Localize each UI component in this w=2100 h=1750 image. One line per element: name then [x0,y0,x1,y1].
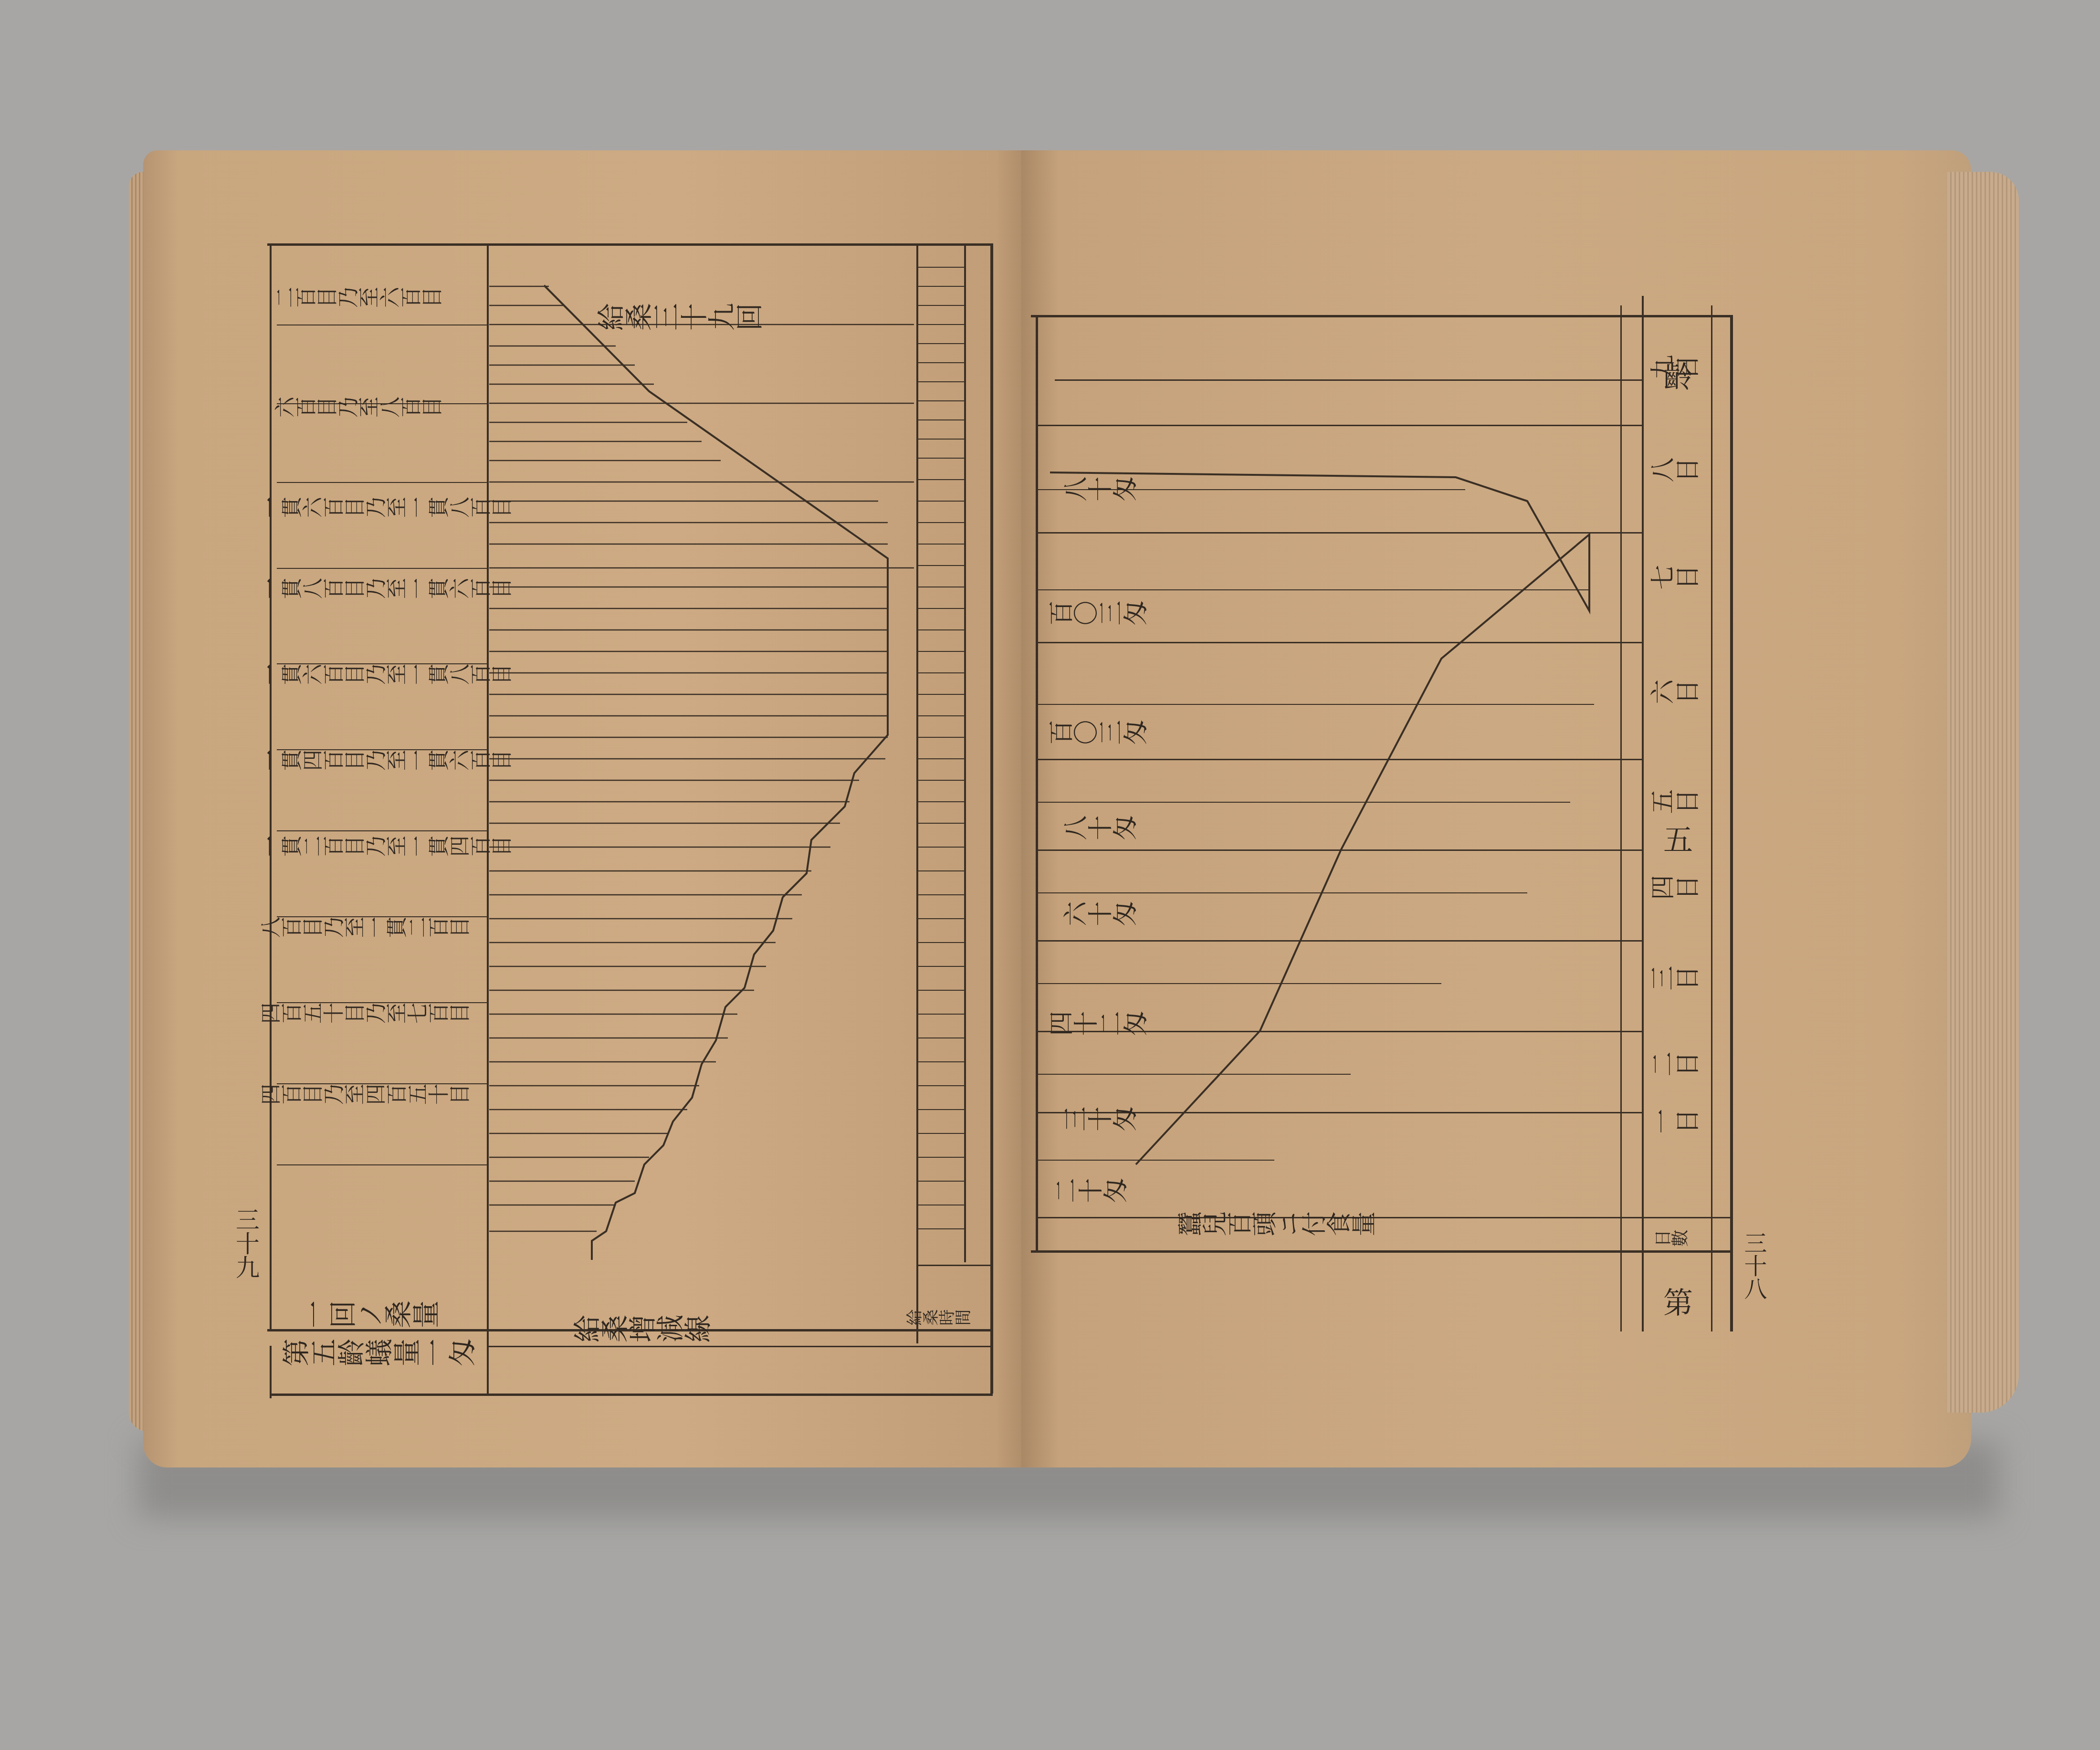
amount-range-9: 六百目乃至八百目 [274,399,484,422]
amount-range-6: 一貫六百目乃至一貫八百目 [260,666,498,689]
amount-range-10: 二百目乃至六百目 [274,289,484,312]
left-page-number: 三十九 [234,1207,258,1279]
amount-range-7: 一貫八百目乃至一貫六百目 [260,580,498,603]
amount-range-2: 四百五十目乃至七百目 [260,1005,498,1028]
feeding-increase-decrease-line [544,285,888,1260]
amount-range-3: 八百目乃至一貫二百目 [260,919,498,942]
amount-range-4: 一貫二百目乃至一貫四百目 [260,838,498,861]
chart-caption: 給桑三十九回 [597,305,768,334]
feeding-line-header: 給桑增減線 [573,1317,830,1346]
amount-range-1: 四百目乃至四百五十目 [260,1086,498,1109]
amount-range-5: 一貫四百目乃至一貫六百目 [260,752,498,775]
amount-range-8: 一貫六百目乃至一貫八百目 [260,499,498,522]
feeding-time-header: 給桑時間 [906,1311,968,1328]
amount-per-feeding-header: 一回ノ桑量 [301,1303,453,1331]
left-title-heading: 第五齡蟻量一匁 [282,1341,587,1370]
